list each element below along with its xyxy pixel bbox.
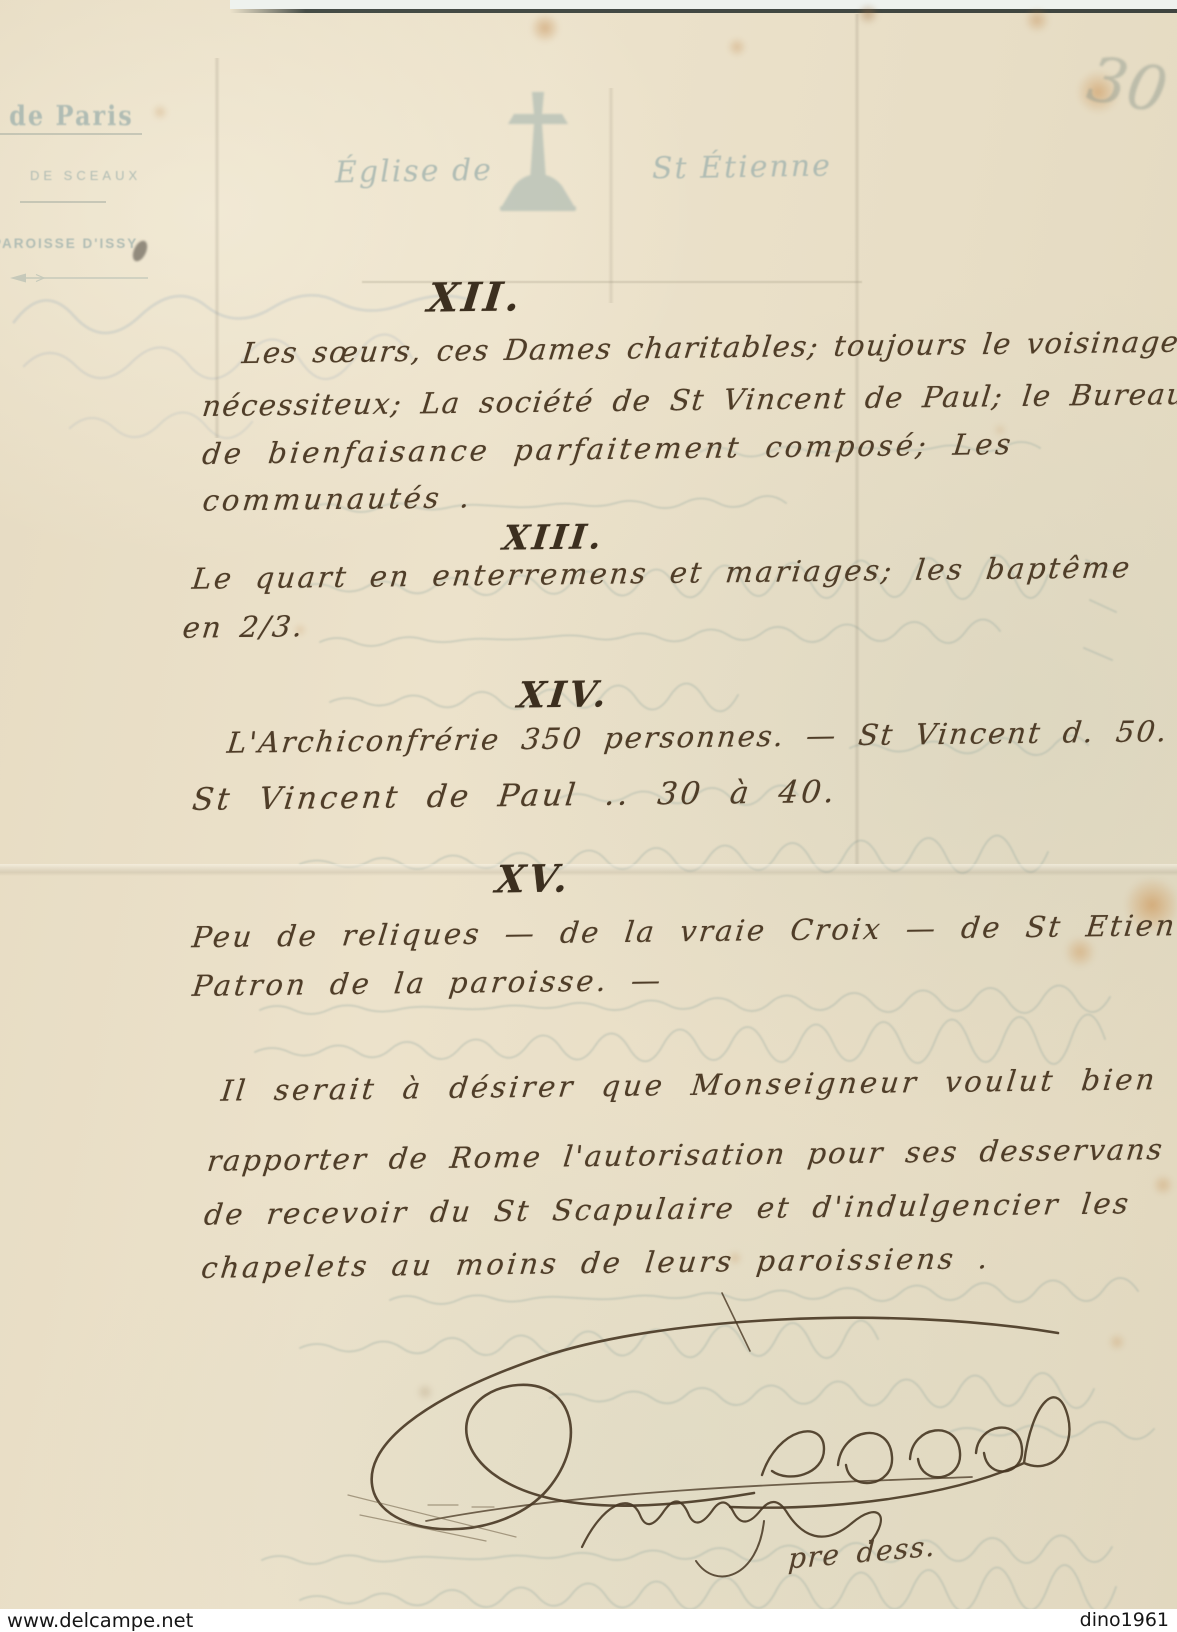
watermark-right: dino1961 <box>1080 1609 1169 1632</box>
scan-edge-highlight <box>230 0 1177 9</box>
watermark-left: www.delcampe.net <box>7 1609 193 1632</box>
fold-crease-vertical <box>214 58 220 438</box>
watermark-bar: www.delcampe.net dino1961 <box>0 1609 1177 1632</box>
manuscript-line: L'Archiconfrérie 350 personnes. — St Vin… <box>225 714 1170 759</box>
manuscript-line: nécessiteux; La société de St Vincent de… <box>200 377 1177 423</box>
manuscript-line: Peu de reliques — de la vraie Croix — de… <box>190 908 1177 955</box>
manuscript-line: chapelets au moins de leurs paroissiens … <box>200 1241 993 1285</box>
manuscript-line: de bienfaisance parfaitement composé; Le… <box>201 427 1016 471</box>
letterhead-rule <box>20 201 106 203</box>
letterhead-doyenne: DE SCEAUX <box>30 168 141 183</box>
letterhead-paroisse: PAROISSE D'ISSY <box>0 236 138 251</box>
manuscript-line: Il serait à désirer que Monseigneur voul… <box>219 1062 1159 1107</box>
manuscript-line: de recevoir du St Scapulaire et d'indulg… <box>202 1186 1132 1231</box>
manuscript-page: se de Paris DE SCEAUX PAROISSE D'ISSY Ég… <box>0 0 1177 1632</box>
church-name-prefix: Église de <box>335 153 494 191</box>
manuscript-line: rapporter de Rome l'autorisation pour se… <box>205 1132 1165 1178</box>
section-heading: XIV. <box>516 673 612 716</box>
manuscript-line: Le quart en enterremens et mariages; les… <box>190 550 1133 595</box>
fold-crease-vertical <box>608 88 614 303</box>
scan-edge-line <box>230 9 1177 13</box>
manuscript-line: Patron de la paroisse. — <box>191 963 665 1003</box>
arrow-divider-icon <box>2 271 152 285</box>
signature-flourish <box>330 1285 1110 1595</box>
church-name-saint: St Étienne <box>652 148 832 186</box>
letterhead-diocese: se de Paris <box>0 99 134 131</box>
fold-crease-horizontal <box>0 864 1177 876</box>
manuscript-line: en 2/3. <box>181 609 306 644</box>
cross-icon <box>498 90 578 222</box>
pencil-note: 30 <box>1082 42 1172 128</box>
letterhead-rule <box>0 133 142 135</box>
manuscript-line: St Vincent de Paul .. 30 à 40. <box>191 774 839 818</box>
section-heading: XIII. <box>501 517 607 558</box>
section-heading: XII. <box>425 273 525 321</box>
manuscript-line: communautés . <box>201 480 474 517</box>
section-heading: XV. <box>493 856 573 902</box>
manuscript-line: Les sœurs, ces Dames charitables; toujou… <box>240 324 1177 370</box>
